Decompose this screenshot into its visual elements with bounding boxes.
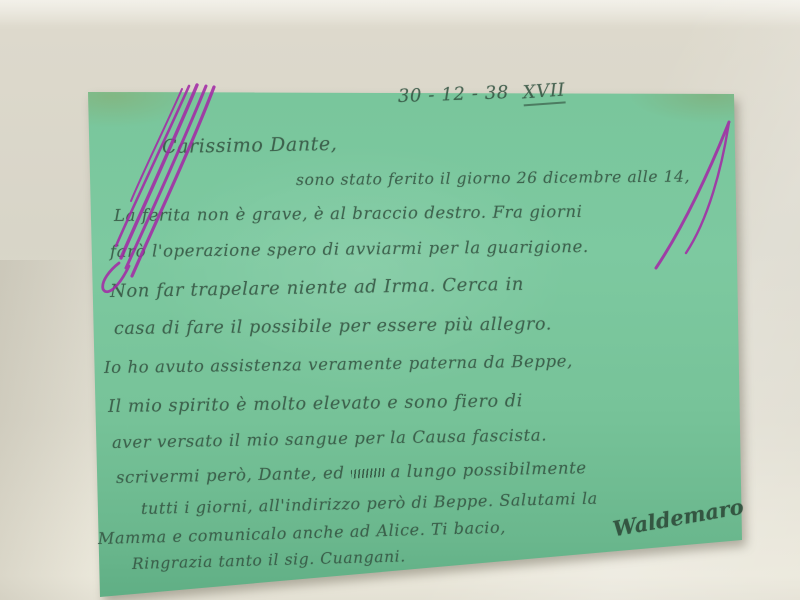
handwritten-line: La ferita non è grave, è al braccio dest… <box>114 202 583 225</box>
handwritten-line: Io ho avuto assistenza veramente paterna… <box>104 351 573 377</box>
handwritten-line: casa di fare il possibile per essere più… <box>114 314 552 339</box>
handwriting-layer: 30 - 12 - 38XVII Carissimo Dante, sono s… <box>0 0 800 600</box>
date-line: 30 - 12 - 38XVII <box>398 80 566 110</box>
handwritten-line-with-correction: scrivermi però, Dante, eda lungo possibi… <box>116 458 587 487</box>
handwritten-line: sono stato ferito il giorno 26 dicembre … <box>296 168 690 189</box>
line-text-before-strikeout: scrivermi però, Dante, ed <box>116 463 345 487</box>
postscript-line: Ringrazia tanto il sig. Cuangani. <box>132 547 406 573</box>
line-text-after-strikeout: a lungo possibilmente <box>390 458 587 481</box>
signature: Waldemaro <box>611 494 746 542</box>
crossed-out-word <box>350 468 384 479</box>
photo-of-handwritten-postcard: 30 - 12 - 38XVII Carissimo Dante, sono s… <box>0 0 800 600</box>
date-text: 30 - 12 - 38 <box>398 82 510 107</box>
salutation-line: Carissimo Dante, <box>162 133 338 158</box>
fascist-era-year: XVII <box>522 79 566 106</box>
handwritten-line: aver versato il mio sangue per la Causa … <box>112 425 547 452</box>
handwritten-line: Non far trapelare niente ad Irma. Cerca … <box>110 274 524 302</box>
handwritten-line: farò l'operazione spero di avviarmi per … <box>110 237 589 261</box>
handwritten-line: Il mio spirito è molto elevato e sono fi… <box>108 391 523 417</box>
handwritten-line: tutti i giorni, all'indirizzo però di Be… <box>141 489 598 518</box>
handwritten-line: Mamma e comunicalo anche ad Alice. Ti ba… <box>98 518 506 548</box>
